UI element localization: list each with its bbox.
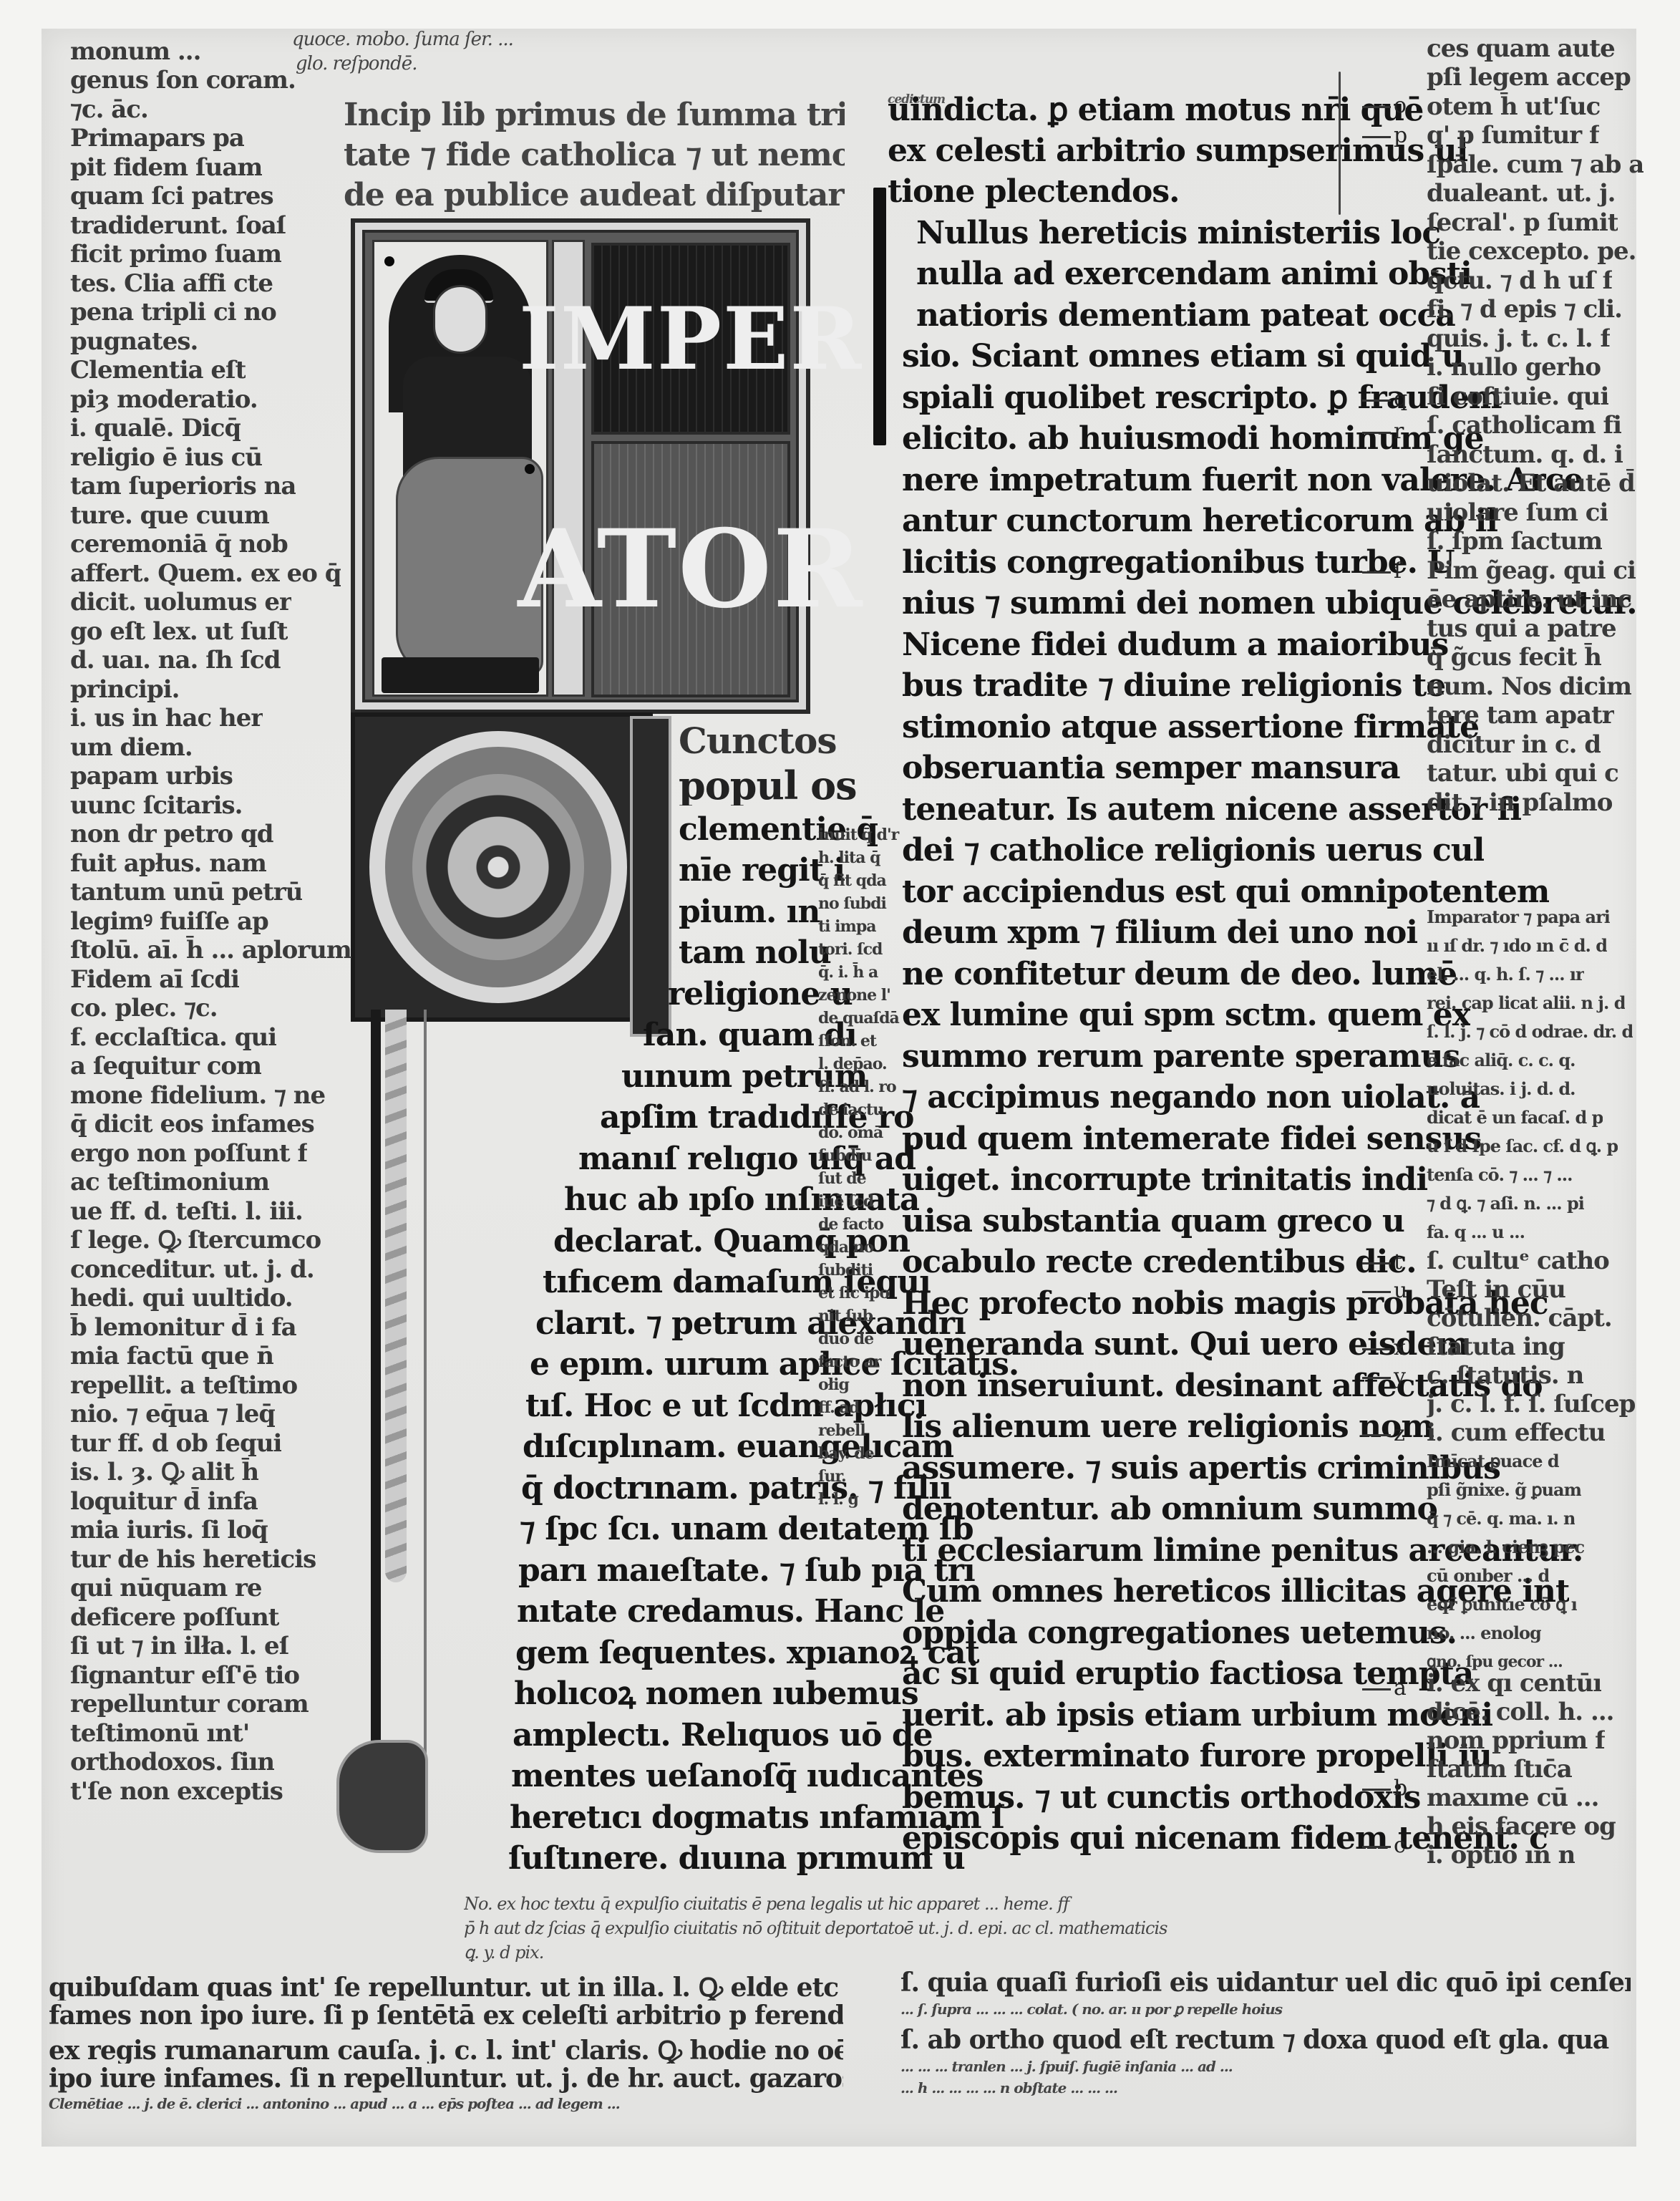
- gloss-line: Clementia eſt: [70, 356, 246, 384]
- gloss-line: tie cexcepto. pe.: [1427, 237, 1636, 266]
- gloss-line: q' p ſumitur f: [1427, 121, 1599, 150]
- gloss-line: tus qui a patre: [1427, 614, 1616, 643]
- gloss-line: tantum unū petrū: [70, 878, 302, 906]
- incipit: Cunctos popul os: [679, 720, 857, 806]
- gloss-line: h. lita q̄: [818, 846, 911, 869]
- text-line: uiget. incorrupte trinitatis indi: [902, 1159, 1427, 1200]
- gloss-line: eqr̄ ꝑunıtıe cō ꝗ ı: [1427, 1590, 1577, 1619]
- gloss-line: ſtolū. aī. h̄ ... aplorum: [70, 936, 351, 964]
- manuscript-photograph: quoce. mobo. ſuma ſer. ... glo. reſpondē…: [42, 29, 1636, 2147]
- text-line: nıtate credamus. Hanc le: [517, 1591, 944, 1632]
- gloss-line: Imīcat ꝑuace d: [1427, 1447, 1559, 1476]
- text-line: assumere. ⁊ suis apertis criminibus: [902, 1448, 1500, 1489]
- gloss-line: go eſt lex. ut ſuſt: [70, 617, 288, 646]
- gloss-line: f. ecclaſtica. qui: [70, 1023, 276, 1052]
- text-line: pium. ın: [679, 891, 820, 932]
- gloss-line: dicē. coll. h. ...: [1427, 1698, 1614, 1726]
- text-line: ocabulo recte credentibus dic.: [902, 1242, 1417, 1282]
- gloss-line: ture. que cuum: [70, 501, 269, 530]
- gloss-line: a ſequitur com: [70, 1052, 261, 1080]
- initial-letters-ator: ATOR: [591, 441, 790, 697]
- gloss-line: i. us in hac her: [70, 704, 263, 732]
- gloss-line: ſ. catholicam fi: [1427, 411, 1621, 440]
- gloss-line: Teſt in cūu: [1427, 1275, 1565, 1304]
- pin-hole: [525, 464, 535, 474]
- text-line: dei ⁊ catholice religionis uerus cul: [902, 830, 1484, 871]
- gloss-line: tam ſuperioris na: [70, 472, 296, 500]
- gloss-line: dicat ē un facaſ. d p: [1427, 1103, 1603, 1132]
- gloss-reference-marker: o: [1362, 93, 1407, 118]
- text-line: amplectı. Relıquos uō de: [513, 1715, 933, 1756]
- text-line: tam nolu: [679, 932, 831, 973]
- gloss-line: bay. de: [818, 1442, 911, 1465]
- gloss-line: ſpāle. cum ⁊ ab a: [1427, 150, 1643, 179]
- gloss-line: ſtatim ſtıc̄a: [1427, 1755, 1572, 1784]
- gloss-line: mia iuris. ſi loq̄: [70, 1516, 268, 1544]
- text-line: oppida congregationes uetemus.: [902, 1612, 1457, 1653]
- gloss-line: hedi. qui uultido.: [70, 1284, 293, 1312]
- gloss-reference-marker: t: [1362, 1249, 1402, 1274]
- gloss-line: pſi g̃nixe. g̃ ꝑuam: [1427, 1476, 1581, 1504]
- bottom-gloss-right: ſ. quia quaſi furioſi eis uidantur uel d…: [900, 1968, 1631, 2101]
- gloss-line: facto ar: [818, 1350, 911, 1373]
- gloss-line: ergo non poſſunt f: [70, 1139, 307, 1168]
- pin-hole: [384, 256, 394, 266]
- gloss-line: is. l. ȝ. Ꝙ alit h̄: [70, 1458, 258, 1486]
- gloss-line: ficit primo ſuam: [70, 240, 281, 269]
- gloss-line: i. nullo gerho: [1427, 353, 1601, 382]
- gloss-line: ē fac aliq̄. c. c. q.: [1427, 1046, 1575, 1075]
- gloss-line: ł. l. g: [818, 1488, 911, 1511]
- gloss-line: de facto: [818, 1213, 911, 1236]
- text-line: antur cunctorum hereticorum ab il: [902, 500, 1497, 541]
- gloss-line: tes. Clia affi cte: [70, 269, 273, 298]
- gloss-line: ex regis rumanarum cauſa. j. c. l. int' …: [49, 2032, 843, 2064]
- gloss-line: ... h ... ... ... ... n obſtate ... ... …: [900, 2079, 1631, 2101]
- bottom-gloss-left: quibuſdam quas int' ſe repelluntur. ut i…: [49, 1969, 843, 2119]
- gloss-line: rebell: [818, 1419, 911, 1442]
- gloss-line: rei. cap licat alii. n j. d: [1427, 989, 1625, 1017]
- text-line: summo rerum parente speramus: [902, 1036, 1460, 1077]
- gloss-line: papam urbis: [70, 762, 233, 790]
- gloss-line: ſ lege. Ꝙ ſtercumco: [70, 1226, 321, 1254]
- text-line: Nullus hereticis ministeriis loc: [916, 213, 1440, 253]
- gloss-line: ıı ıſ dr. ⁊ ıdo ın c̄ d. d: [1427, 932, 1607, 960]
- gloss-line: p̄ h aut dz ſcias q̄ expulſio ciuitatis …: [464, 1918, 1466, 1943]
- text-line: uerit. ab ipsis etiam urbium moeni: [902, 1695, 1492, 1736]
- gloss-line: Pim g̃eag. qui ci: [1427, 556, 1636, 585]
- text-line: nulla ad exercendam animi obsti: [916, 253, 1472, 294]
- ornamental-initial-c: [351, 712, 653, 1022]
- rubric-heading: Incip lib primus de ſumma trini tate ⁊ f…: [344, 97, 845, 217]
- lower-gloss-note: No. ex hoc textu q̄ expulſio ciuitatis ē…: [464, 1894, 1466, 1967]
- gloss-line: quis. j. t. c. l. f: [1427, 324, 1610, 353]
- gloss-line: ac teſtimonium: [70, 1168, 269, 1196]
- gloss-line: affert. Quem. ex eo q̄: [70, 559, 341, 588]
- gloss-line: ſ. quia quaſi furioſi eis uidantur uel d…: [900, 1968, 1631, 2001]
- text-line: bus tradite ⁊ diuine religionis te: [902, 665, 1445, 706]
- gloss-line: ſubditi: [818, 1259, 911, 1282]
- gloss-line: ſ. cultuᵉ catho: [1427, 1247, 1609, 1275]
- gloss-line: nit ſub: [818, 1305, 911, 1327]
- top-gloss-line: quoce. mobo. ſuma ſer. ...: [292, 29, 513, 50]
- emperor-head: [433, 285, 487, 354]
- gloss-reference-marker: y: [1362, 1364, 1406, 1389]
- gloss-line: fuit apłus. nam: [70, 849, 266, 878]
- gloss-line: ipo iure infames. ſi n repelluntur. ut. …: [49, 2064, 843, 2095]
- gloss-bracket: [1339, 72, 1341, 215]
- initial-frame-arm: [630, 716, 671, 1037]
- top-gloss-line: glo. reſpondē.: [296, 53, 417, 74]
- gloss-line: pit fidem ſuam: [70, 153, 262, 182]
- gloss-line: ſut de: [818, 1167, 911, 1190]
- gloss-line: principi.: [70, 675, 179, 704]
- gloss-line: duo de: [818, 1327, 911, 1350]
- gloss-reference-marker: x: [1362, 1335, 1406, 1360]
- gloss-line: d. uaı. na. ſh ſcd: [70, 646, 281, 674]
- gloss-line: q̄. i. h̄ a: [818, 961, 911, 984]
- text-line: stimonio atque assertione firmate: [902, 707, 1479, 748]
- gloss-line: q̄ dicit eos infames: [70, 1110, 314, 1138]
- gloss-line: ſur.: [818, 1465, 911, 1488]
- gloss-line: ceremoniā q̄ nob: [70, 530, 288, 558]
- rubric-line: de ea publice audeat diſputare.: [344, 177, 845, 217]
- text-line: denotentur. ab omnium summo: [902, 1489, 1437, 1529]
- gloss-line: h eis facere og: [1427, 1812, 1616, 1841]
- gloss-line: dit ⁊ in pſalmo: [1427, 788, 1612, 817]
- gloss-line: maxıme cū ...: [1427, 1784, 1598, 1812]
- gloss-reference-marker: p: [1362, 123, 1407, 148]
- gloss-line: deficere poſſunt: [70, 1603, 279, 1632]
- initial-n-stroke: [873, 188, 886, 445]
- gloss-line: uiolare ſum ci: [1427, 498, 1608, 527]
- gloss-line: ēe aptire. ut inc: [1427, 585, 1631, 614]
- gloss-line: fames non ipo iure. ſi p ſentētā ex cele…: [49, 2001, 843, 2032]
- gloss-line: nom pprium f: [1427, 1726, 1605, 1755]
- gloss-line: pſi legem accep: [1427, 63, 1631, 92]
- gloss-line: qda no: [818, 1236, 911, 1259]
- gloss-line: do. omā: [818, 1121, 911, 1144]
- gloss-line: uunc ſcitaris.: [70, 791, 243, 820]
- gloss-line: um diem.: [70, 733, 193, 762]
- gloss-line: ſanctum. q. d. i: [1427, 440, 1623, 469]
- text-line: ex lumine qui spm sctm. quem ex: [902, 995, 1470, 1035]
- gloss-line: iuē ſcd: [818, 1190, 911, 1213]
- text-line: uindicta. ꝑ etiam motus nr̄i quē: [888, 90, 1423, 130]
- gloss-line: ſi ut ⁊ in ilła. l. eſ: [70, 1632, 288, 1660]
- gloss-line: repelluntur coram: [70, 1690, 309, 1718]
- text-line: ne confitetur deum de deo. lumē: [902, 954, 1457, 995]
- gloss-reference-marker: a: [1362, 1675, 1407, 1701]
- gloss-line: tori. ſcd: [818, 938, 911, 961]
- gloss-reference-marker: b: [1362, 1776, 1407, 1801]
- gloss-line: Clemētiae ... j. de ē. clerici ... anton…: [49, 2095, 843, 2119]
- text-line: ſuſtınere. dıuına prımum u: [508, 1838, 965, 1879]
- gloss-line: ti impa: [818, 915, 911, 938]
- text-line: ⁊ accipimus negando non uiolat. a: [902, 1077, 1480, 1118]
- gloss-line: c. ſtatutis. n: [1427, 1361, 1583, 1390]
- gloss-line: pugnates.: [70, 327, 198, 356]
- gloss-line: ſ. ab ortho quod eſt rectum ⁊ doxa quod …: [900, 2025, 1631, 2058]
- gloss-line: dicit. uolumus er: [70, 588, 291, 616]
- gloss-line: fi. ⁊ d epis ⁊ cli.: [1427, 295, 1622, 324]
- gloss-line: ſubdīu: [818, 1144, 911, 1167]
- text-line: natioris dementiam pateat occa: [916, 295, 1455, 336]
- gloss-line: tatur. ubi qui c: [1427, 759, 1618, 788]
- gloss-line: ... ſ. ſupra ... ... ... colat. ( no. ar…: [900, 2001, 1631, 2025]
- gloss-line: i. qualē. Dicq̄: [70, 414, 241, 442]
- initial-descender: [356, 1010, 442, 1854]
- incipit-line: Cunctos: [679, 720, 857, 763]
- text-line: bemus. ⁊ ut cunctis orthodoxis: [902, 1777, 1420, 1818]
- gloss-line: de quaſdā: [818, 1007, 911, 1030]
- text-line: pud quem intemerate fidei sensus: [902, 1118, 1481, 1159]
- gloss-line: No. ex hoc textu q̄ expulſio ciuitatis ē…: [464, 1894, 1466, 1918]
- historiated-initial-panel: IMPER ATOR: [351, 218, 810, 714]
- gloss-line: orthodoxos. ſiın: [70, 1748, 274, 1776]
- gloss-line: quibuſdam quas int' ſe repelluntur. ut i…: [49, 1969, 843, 2001]
- gloss-line: i. optıo ın n: [1427, 1841, 1575, 1869]
- gloss-line: ſ. ſpm ſactum: [1427, 527, 1602, 556]
- gloss-line: ꝗ. y. d pix.: [464, 1943, 1466, 1967]
- gloss-line: uiolat. Et autē d̄: [1427, 469, 1635, 498]
- text-line: Nicene fidei dudum a maioribus: [902, 624, 1448, 665]
- gloss-line: ... gia. l. cienꝫ pec: [1427, 1533, 1584, 1562]
- text-line: tione plectendos.: [888, 171, 1179, 212]
- gloss-line: q̄ ⁊ cē. q. ma. ı. n: [1427, 1504, 1575, 1533]
- gloss-line: piȝ moderatio.: [70, 385, 258, 414]
- text-line: obseruantia semper mansura: [902, 748, 1400, 788]
- gloss-line: genus ſon coram.: [70, 66, 296, 95]
- descender-acanthus: [385, 1010, 407, 1582]
- gloss-reference-marker: z: [1362, 1421, 1405, 1446]
- gloss-line: u ſ d ſpe ſac. cf. d ꝗ. p: [1427, 1132, 1618, 1161]
- foliate-rosette-icon: [412, 774, 584, 960]
- gloss-line: ołig: [818, 1373, 911, 1396]
- gloss-line: repellit. a teſtimo: [70, 1371, 297, 1400]
- gloss-line: i. ex qı centūı: [1427, 1669, 1601, 1698]
- gloss-line: ff. ad: [818, 1396, 911, 1419]
- gloss-line: Primapars pa: [70, 124, 244, 153]
- gloss-line: monum ...: [70, 37, 200, 66]
- gloss-line: uoluitas. i j. d. d.: [1427, 1075, 1575, 1103]
- gloss-line: ue ff. d. teſti. l. iii.: [70, 1197, 303, 1226]
- text-line: spiali quolibet rescripto. ꝑ fraudem: [902, 377, 1502, 418]
- text-line: lis alienum uere religionis nom: [902, 1406, 1434, 1447]
- gloss-line: qui nūquam re: [70, 1574, 262, 1602]
- gloss-line: q̄ g̃cus fecit h̄: [1427, 643, 1601, 672]
- gloss-line: tere tam apatr: [1427, 701, 1614, 730]
- text-line: holıcoꝝ nomen ıubemus: [514, 1673, 918, 1714]
- gloss-line: tenſa cō. ⁊ ... ⁊ ...: [1427, 1161, 1572, 1189]
- gloss-line: q̄ ſit qda: [818, 869, 911, 892]
- gloss-line: mone fidelium. ⁊ ne: [70, 1081, 325, 1110]
- gloss-line: religio ē ius cū: [70, 443, 262, 472]
- descender-curl-ornament: [336, 1740, 428, 1853]
- incipit-line: popul os: [679, 763, 857, 806]
- rubric-line: Incip lib primus de ſumma trini: [344, 97, 845, 137]
- gloss-line: ces quam aute: [1427, 34, 1615, 63]
- gloss-line: co. plec. ⁊c.: [70, 994, 218, 1022]
- text-line: uisa substantia quam greco u: [902, 1201, 1404, 1242]
- gloss-line: no. ... enolog: [1427, 1619, 1541, 1648]
- gloss-line: tradiderunt. ſoaſ: [70, 211, 286, 240]
- gloss-line: num. Nos dicim: [1427, 672, 1631, 701]
- gloss-line: no ſubdi: [818, 892, 911, 915]
- gloss-line: otem h̄ ut'ſuc: [1427, 92, 1600, 121]
- gloss-line: cōtulien. cāpt.: [1427, 1304, 1612, 1332]
- gloss-line: ſtatuta ing: [1427, 1332, 1565, 1361]
- gloss-line: cū onıber ... d: [1427, 1562, 1549, 1590]
- gloss-line: teſtimonū ınt': [70, 1719, 249, 1748]
- gloss-line: tur de his hereticis: [70, 1545, 316, 1574]
- gloss-line: Imparator ⁊ papa ari: [1427, 903, 1610, 932]
- gloss-line: j. c. l. f. ſ. ſuſcep: [1427, 1390, 1635, 1418]
- gloss-line: et ſic ipo: [818, 1282, 911, 1305]
- gloss-reference-marker: q: [1362, 387, 1407, 412]
- gloss-line: Fidem aī ſcdi: [70, 965, 239, 994]
- gloss-reference-marker: c: [1362, 1833, 1406, 1858]
- gloss-line: t'ſe non exceptis: [70, 1777, 283, 1806]
- gloss-line: ⁊ d ꝗ. ⁊ aſi. n. ... pi: [1427, 1189, 1584, 1218]
- gloss-line: i. cum effectu: [1427, 1418, 1605, 1447]
- gloss-line: ſignantur eſſ'ē tio: [70, 1661, 299, 1690]
- gloss-line: dualeant. ut. j.: [1427, 179, 1615, 208]
- gloss-line: dicitur in c. d: [1427, 730, 1601, 759]
- gloss-line: inuit q̄ d'r: [818, 823, 911, 846]
- text-line: bus. exterminato furore propelli iu: [902, 1736, 1492, 1776]
- gloss-line: legimꝰ fuiſſe ap: [70, 907, 268, 936]
- initial-letters-imper: IMPER: [591, 243, 790, 435]
- gloss-reference-marker: ſ: [1362, 558, 1402, 584]
- gloss-line: conceditur. ut. j. d.: [70, 1255, 314, 1284]
- gloss-line: de iactu: [818, 1098, 911, 1121]
- text-line: deum xpm ⁊ filium dei uno noi: [902, 912, 1417, 953]
- gloss-line: b̄ lemonitur d̄ i fa: [70, 1313, 296, 1342]
- gloss-reference-marker: r: [1362, 419, 1404, 444]
- gloss-line: quam ſci patres: [70, 182, 273, 211]
- gloss-line: l. dep̄ao.: [818, 1053, 911, 1075]
- gloss-line: ⁊c. āc.: [70, 95, 148, 124]
- gloss-line: ... ... ... tranlen ... j. ſpuiſ. fugiē …: [900, 2058, 1631, 2079]
- gloss-line: ſ. l. j. ⁊ cō d odrae. dr. d: [1427, 1017, 1633, 1046]
- gloss-line: tur ff. d ob ſequi: [70, 1429, 281, 1458]
- middle-gloss-column: inuit q̄ d'r h. lita q̄ q̄ ſit qda no ſu…: [818, 823, 911, 1511]
- gloss-line: el. ... q. h. ſ. ⁊ ... ır: [1427, 960, 1584, 989]
- gloss-line: ff. ad l. ro: [818, 1075, 911, 1098]
- gloss-line: loquitur d̄ infa: [70, 1487, 258, 1516]
- throne-base: [382, 657, 539, 693]
- gloss-line: non dr petro qd: [70, 820, 273, 848]
- gloss-line: ſecral'. p ſumit: [1427, 208, 1618, 237]
- text-line: sio. Sciant omnes etiam si quid u: [902, 336, 1464, 377]
- gloss-reference-marker: u: [1362, 1278, 1407, 1303]
- gloss-line: mia factū que n̄: [70, 1342, 273, 1370]
- gloss-line: q̄ctu. ⁊ d h uſ f: [1427, 266, 1612, 295]
- gloss-line: zenone l': [818, 984, 911, 1007]
- gloss-line: ſſon. et: [818, 1030, 911, 1053]
- gloss-line: fa. q ... u ...: [1427, 1218, 1525, 1247]
- gloss-line: ſi coſtiuie. qui: [1427, 382, 1608, 411]
- rubric-line: tate ⁊ fide catholica ⁊ ut nemo: [344, 137, 845, 177]
- gloss-line: nio. ⁊ eq̄ua ⁊ leq̄: [70, 1400, 275, 1428]
- gloss-line: pena tripli ci no: [70, 298, 276, 326]
